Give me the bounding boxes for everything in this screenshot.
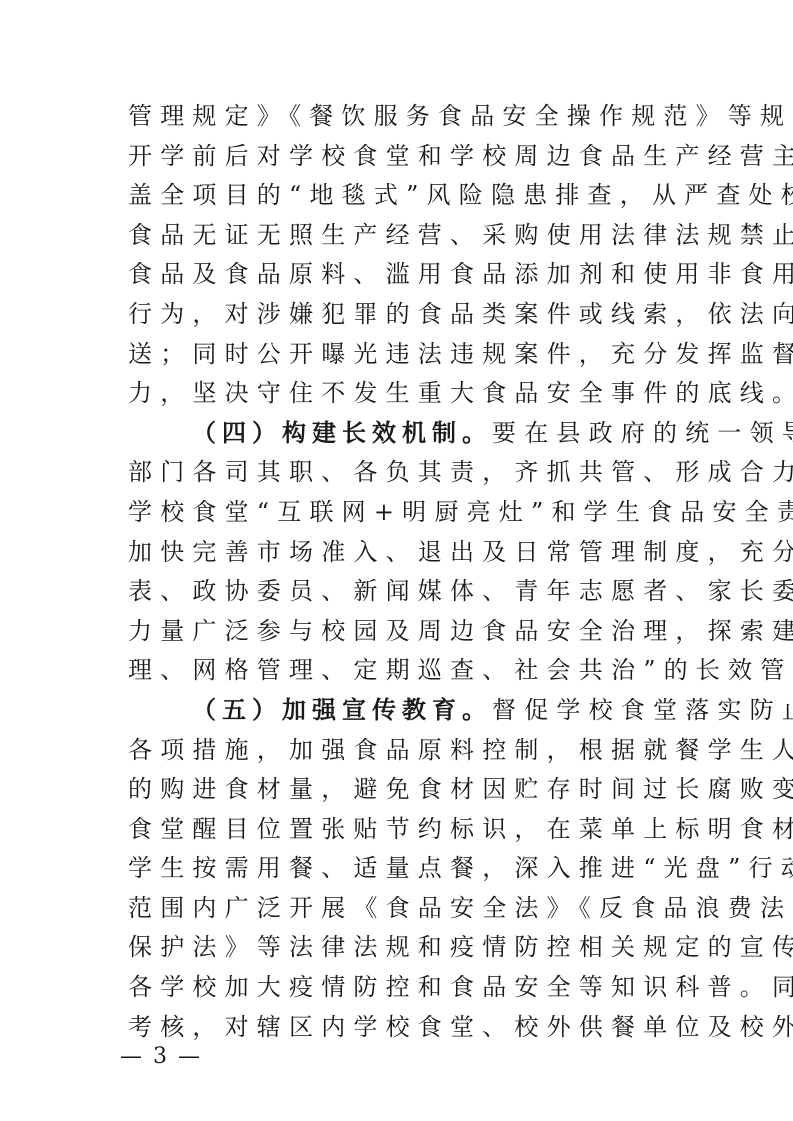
page-number: — 3 —	[120, 1044, 202, 1069]
section-4-heading: （四）构建长效机制。	[192, 419, 492, 447]
text-line: 送；同时公开曝光违法违规案件，充分发挥监督检查的震慑	[128, 335, 676, 375]
text-line: 食品无证无照生产经营、采购使用法律法规禁止生产经营的	[128, 216, 676, 256]
text-line: 食堂醒目位置张贴节约标识，在菜单上标明食材份量，引导	[128, 810, 676, 850]
section-4-first-line-text: 要在县政府的统一领导下，职能	[492, 419, 793, 447]
section-5-first-line: （五）加强宣传教育。督促学校食堂落实防止食品浪费	[128, 691, 676, 731]
text-line: 各学校加大疫情防控和食品安全等知识科普。同时强化培训	[128, 968, 676, 1008]
text-line: 管理规定》《餐饮服务食品安全操作规范》等规定，在春季	[128, 97, 676, 137]
body-text: 管理规定》《餐饮服务食品安全操作规范》等规定，在春季 开学前后对学校食堂和学校周…	[128, 97, 676, 1047]
text-line: 学生按需用餐、适量点餐，深入推进“光盘”行动。在全县	[128, 849, 676, 889]
text-line: 保护法》等法律法规和疫情防控相关规定的宣传教育，指导	[128, 928, 676, 968]
text-line: 理、网格管理、定期巡查、社会共治”的长效管理机制。	[128, 651, 676, 691]
text-line: 考核，对辖区内学校食堂、校外供餐单位及校外托管机构食	[128, 1008, 676, 1048]
text-line: 加快完善市场准入、退出及日常管理制度，充分发挥人大代	[128, 533, 676, 573]
text-line: 盖全项目的“地毯式”风险隐患排查，从严查处校园及周边	[128, 176, 676, 216]
text-line: 学校食堂“互联网+明厨亮灶”和学生食品安全责任保险，	[128, 493, 676, 533]
text-line: 行为，对涉嫌犯罪的食品类案件或线索，依法向公安机关移	[128, 295, 676, 335]
section-4-first-line: （四）构建长效机制。要在县政府的统一领导下，职能	[128, 414, 676, 454]
text-line: 范围内广泛开展《食品安全法》《反食品浪费法》《未成年人	[128, 889, 676, 929]
text-line: 各项措施，加强食品原料控制，根据就餐学生人数制定合理	[128, 731, 676, 771]
section-5-heading: （五）加强宣传教育。	[192, 696, 492, 724]
text-line: 部门各司其职、各负其责，齐抓共管、形成合力，全面推进	[128, 453, 676, 493]
text-line: 食品及食品原料、滥用食品添加剂和使用非食用物质等违法	[128, 255, 676, 295]
text-line: 表、政协委员、新闻媒体、青年志愿者、家长委员会等社会	[128, 572, 676, 612]
section-5-first-line-text: 督促学校食堂落实防止食品浪费	[492, 696, 793, 724]
text-line: 力，坚决守住不发生重大食品安全事件的底线。	[128, 374, 676, 414]
text-line: 开学前后对学校食堂和学校周边食品生产经营主体进行覆	[128, 137, 676, 177]
text-line: 力量广泛参与校园及周边食品安全治理，探索建立“综合治	[128, 612, 676, 652]
text-line: 的购进食材量，避免食材因贮存时间过长腐败变质浪费。在	[128, 770, 676, 810]
document-page: 管理规定》《餐饮服务食品安全操作规范》等规定，在春季 开学前后对学校食堂和学校周…	[0, 0, 793, 1121]
